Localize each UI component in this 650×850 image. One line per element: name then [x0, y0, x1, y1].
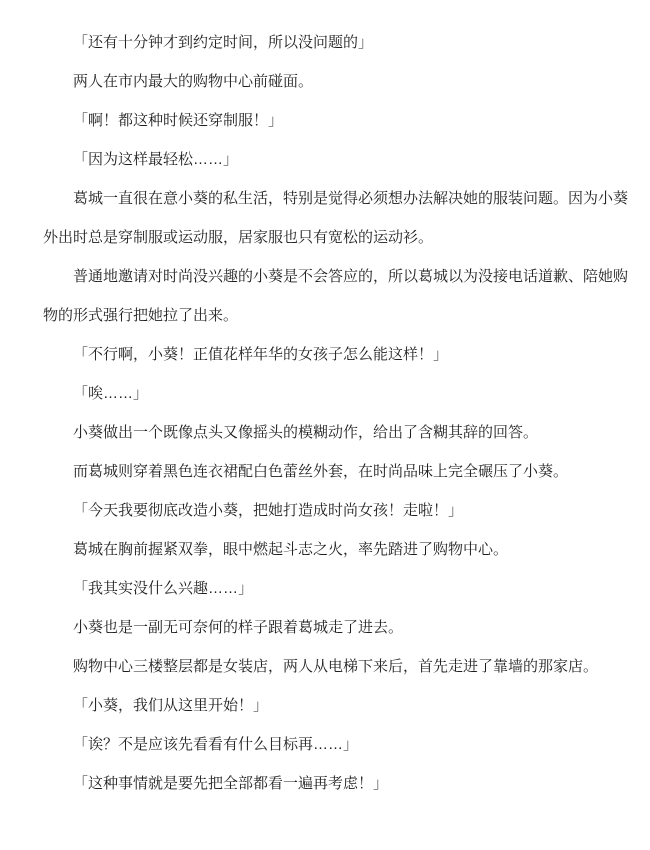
text-line: 「我其实没什么兴趣……」	[43, 569, 612, 608]
text-line: 「这种事情就是要先把全部都看一遍再考虑！」	[43, 764, 612, 803]
text-line: 「诶？不是应该先看看有什么目标再……」	[43, 725, 612, 764]
text-line: 小葵也是一副无可奈何的样子跟着葛城走了进去。	[43, 608, 612, 647]
dialogue-paragraph: 「诶？不是应该先看看有什么目标再……」	[43, 725, 612, 764]
narration-paragraph: 而葛城则穿着黑色连衣裙配白色蕾丝外套，在时尚品味上完全碾压了小葵。	[43, 452, 612, 491]
dialogue-paragraph: 「还有十分钟才到约定时间，所以没问题的」	[43, 23, 612, 62]
narration-paragraph: 葛城在胸前握紧双拳，眼中燃起斗志之火，率先踏进了购物中心。	[43, 530, 612, 569]
text-line: 两人在市内最大的购物中心前碰面。	[43, 62, 612, 101]
dialogue-paragraph: 「小葵，我们从这里开始！」	[43, 686, 612, 725]
text-line: 「还有十分钟才到约定时间，所以没问题的」	[43, 23, 612, 62]
text-line: 「因为这样最轻松……」	[43, 140, 612, 179]
text-line: 「小葵，我们从这里开始！」	[43, 686, 612, 725]
text-line: 而葛城则穿着黑色连衣裙配白色蕾丝外套，在时尚品味上完全碾压了小葵。	[43, 452, 612, 491]
text-line: 「唉……」	[43, 374, 612, 413]
narration-paragraph: 小葵也是一副无可奈何的样子跟着葛城走了进去。	[43, 608, 612, 647]
novel-page: 「还有十分钟才到约定时间，所以没问题的」两人在市内最大的购物中心前碰面。「啊！都…	[0, 0, 650, 850]
dialogue-paragraph: 「我其实没什么兴趣……」	[43, 569, 612, 608]
dialogue-paragraph: 「啊！都这种时候还穿制服！」	[43, 101, 612, 140]
text-line: 外出时总是穿制服或运动服，居家服也只有宽松的运动衫。	[43, 218, 612, 257]
text-line: 「啊！都这种时候还穿制服！」	[43, 101, 612, 140]
dialogue-paragraph: 「不行啊，小葵！正值花样年华的女孩子怎么能这样！」	[43, 335, 612, 374]
dialogue-paragraph: 「唉……」	[43, 374, 612, 413]
dialogue-paragraph: 「今天我要彻底改造小葵，把她打造成时尚女孩！走啦！」	[43, 491, 612, 530]
text-line: 「今天我要彻底改造小葵，把她打造成时尚女孩！走啦！」	[43, 491, 612, 530]
narration-paragraph: 葛城一直很在意小葵的私生活，特别是觉得必须想办法解决她的服装问题。因为小葵外出时…	[43, 179, 612, 257]
text-line: 普通地邀请对时尚没兴趣的小葵是不会答应的，所以葛城以为没接电话道歉、陪她购	[43, 257, 612, 296]
dialogue-paragraph: 「因为这样最轻松……」	[43, 140, 612, 179]
text-line: 物的形式强行把她拉了出来。	[43, 296, 612, 335]
narration-paragraph: 小葵做出一个既像点头又像摇头的模糊动作，给出了含糊其辞的回答。	[43, 413, 612, 452]
text-line: 小葵做出一个既像点头又像摇头的模糊动作，给出了含糊其辞的回答。	[43, 413, 612, 452]
text-line: 葛城在胸前握紧双拳，眼中燃起斗志之火，率先踏进了购物中心。	[43, 530, 612, 569]
text-line: 购物中心三楼整层都是女装店，两人从电梯下来后，首先走进了靠墙的那家店。	[43, 647, 612, 686]
text-line: 葛城一直很在意小葵的私生活，特别是觉得必须想办法解决她的服装问题。因为小葵	[43, 179, 612, 218]
text-line: 「不行啊，小葵！正值花样年华的女孩子怎么能这样！」	[43, 335, 612, 374]
narration-paragraph: 两人在市内最大的购物中心前碰面。	[43, 62, 612, 101]
dialogue-paragraph: 「这种事情就是要先把全部都看一遍再考虑！」	[43, 764, 612, 803]
narration-paragraph: 普通地邀请对时尚没兴趣的小葵是不会答应的，所以葛城以为没接电话道歉、陪她购物的形…	[43, 257, 612, 335]
narration-paragraph: 购物中心三楼整层都是女装店，两人从电梯下来后，首先走进了靠墙的那家店。	[43, 647, 612, 686]
novel-text-body: 「还有十分钟才到约定时间，所以没问题的」两人在市内最大的购物中心前碰面。「啊！都…	[43, 23, 612, 803]
